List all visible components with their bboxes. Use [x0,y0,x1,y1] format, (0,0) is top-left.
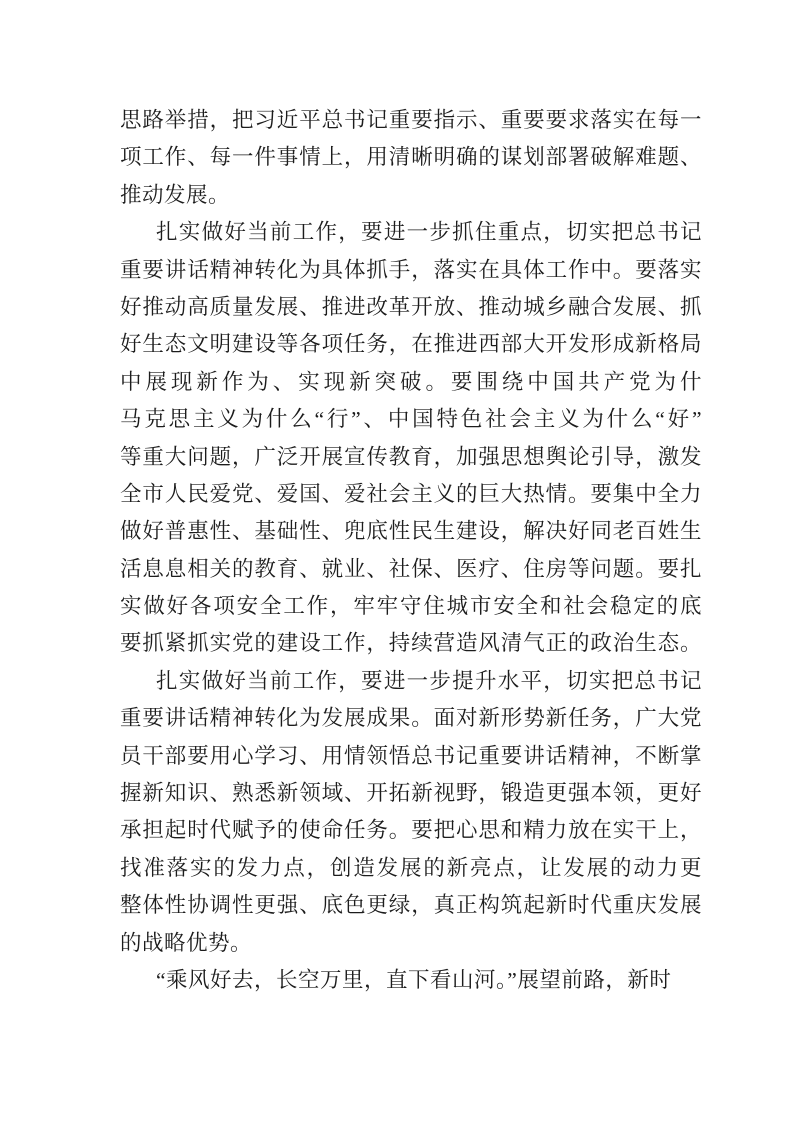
text-line: 全市人民爱党、爱国、爱社会主义的巨大热情。要集中全力 [120,476,702,513]
paragraph: 扎实做好当前工作，要进一步抓住重点，切实把总书记重要讲话精神转化为具体抓手，落实… [120,214,702,663]
text-line: 重要讲话精神转化为发展成果。面对新形势新任务，广大党 [120,700,702,737]
text-line: 马克思主义为什么“行”、中国特色社会主义为什么“好” [120,401,702,438]
document-body: 思路举措，把习近平总书记重要指示、重要要求落实在每一项工作、每一件事情上，用清晰… [120,102,702,999]
text-line: 好推动高质量发展、推进改革开放、推动城乡融合发展、抓 [120,289,702,326]
paragraph: “乘风好去，长空万里，直下看山河。”展望前路，新时 [120,962,702,999]
text-line: 思路举措，把习近平总书记重要指示、重要要求落实在每一 [120,102,702,139]
text-line: 整体性协调性更强、底色更绿，真正构筑起新时代重庆发展 [120,887,702,924]
document-page: 思路举措，把习近平总书记重要指示、重要要求落实在每一项工作、每一件事情上，用清晰… [0,0,793,1122]
text-line: 等重大问题，广泛开展宣传教育，加强思想舆论引导，激发 [120,439,702,476]
text-line: 扎实做好当前工作，要进一步提升水平，切实把总书记 [120,663,702,700]
text-line: 好生态文明建设等各项任务，在推进西部大开发形成新格局 [120,326,702,363]
text-line: 实做好各项安全工作，牢牢守住城市安全和社会稳定的底线。 [120,588,702,625]
text-line: 找准落实的发力点，创造发展的新亮点，让发展的动力更足、 [120,850,702,887]
text-line: 活息息相关的教育、就业、社保、医疗、住房等问题。要扎 [120,551,702,588]
text-line: 员干部要用心学习、用情领悟总书记重要讲话精神，不断掌 [120,738,702,775]
text-line: 中展现新作为、实现新突破。要围绕中国共产党为什么“能”、 [120,364,702,401]
text-line: 要抓紧抓实党的建设工作，持续营造风清气正的政治生态。 [120,625,702,662]
text-line: 承担起时代赋予的使命任务。要把心思和精力放在实干上， [120,812,702,849]
text-line: 扎实做好当前工作，要进一步抓住重点，切实把总书记 [120,214,702,251]
paragraph: 思路举措，把习近平总书记重要指示、重要要求落实在每一项工作、每一件事情上，用清晰… [120,102,702,214]
text-line: 的战略优势。 [120,925,702,962]
text-line: 做好普惠性、基础性、兜底性民生建设，解决好同老百姓生 [120,513,702,550]
text-line: 握新知识、熟悉新领域、开拓新视野，锻造更强本领，更好 [120,775,702,812]
text-line: “乘风好去，长空万里，直下看山河。”展望前路，新时 [120,962,702,999]
paragraph: 扎实做好当前工作，要进一步提升水平，切实把总书记重要讲话精神转化为发展成果。面对… [120,663,702,962]
text-line: 项工作、每一件事情上，用清晰明确的谋划部署破解难题、 [120,139,702,176]
text-line: 推动发展。 [120,177,702,214]
text-line: 重要讲话精神转化为具体抓手，落实在具体工作中。要落实 [120,252,702,289]
